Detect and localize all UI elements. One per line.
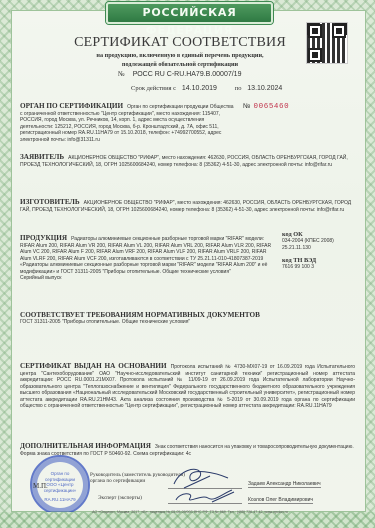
tnved-code-value: 7616 99 100 3 <box>282 264 357 271</box>
ok-code-line-2: 25.21.11.130 <box>282 245 357 252</box>
certificate-number: №РОСС RU C-RU.HA79.B.00007/19 <box>118 70 241 78</box>
expert-signature-icon <box>172 488 238 508</box>
section-product: ПРОДУКЦИЯРадиаторы алюминиевые секционны… <box>20 235 272 282</box>
validity-from-date: 14.10.2019 <box>182 85 217 92</box>
section-applicant: ЗАЯВИТЕЛЬАКЦИОНЕРНОЕ ОБЩЕСТВО "РИФАР", м… <box>20 154 355 168</box>
serial-label: № <box>243 103 251 110</box>
section-heading: ПРОДУКЦИЯ <box>20 234 67 242</box>
section-text: ГОСТ 31311-2005 "Приборы отопительные. О… <box>20 319 355 326</box>
tnved-code-heading: код ТН ВЭД <box>282 257 357 264</box>
expert-role: Эксперт (эксперты) <box>98 495 142 501</box>
section-manufacturer: ИЗГОТОВИТЕЛЬАКЦИОНЕРНОЕ ОБЩЕСТВО "РИФАР"… <box>20 199 355 213</box>
seal-place-label: М.П. <box>33 482 48 490</box>
section-heading: СЕРТИФИКАТ ВЫДАН НА ОСНОВАНИИ <box>20 362 167 370</box>
serial-value: 0065460 <box>254 103 290 111</box>
printer-footer: АО «Опцион», Москва, 2017, «Б», лицензия… <box>80 510 300 514</box>
certificate-page: РОССИЙСКАЯ ФЕДЕРАЦИЯ СЕРТИФИКАТ СООТВЕТС… <box>0 0 375 528</box>
section-conforms: СООТВЕТСТВУЕТ ТРЕБОВАНИЯМ НОРМАТИВНЫХ ДО… <box>20 312 355 325</box>
section-text: Орган по сертификации продукции Общества… <box>20 104 234 143</box>
validity-from-label: Срок действия с <box>131 85 176 92</box>
section-heading: ЗАЯВИТЕЛЬ <box>20 153 64 161</box>
banner-russian-federation: РОССИЙСКАЯ ФЕДЕРАЦИЯ <box>106 2 273 24</box>
subtitle-line-1: на продукцию, включенную в единый перече… <box>60 51 300 60</box>
bottom-border-pattern <box>0 512 375 528</box>
cert-number-value: РОСС RU C-RU.HA79.B.00007/19 <box>133 71 242 78</box>
product-codes: код ОК 034-2004 (КПЕС 2008) 25.21.11.130… <box>282 231 357 271</box>
stamp-ring-text: RA.RU.11HA79 <box>42 497 78 503</box>
cert-number-label: № <box>118 70 125 78</box>
validity-to-date: 13.10.2024 <box>247 85 282 92</box>
certificate-subtitle: на продукцию, включенную в единый перече… <box>60 51 300 69</box>
head-name: Задаев Александр Николаевич <box>248 481 321 488</box>
ok-code-line-1: 034-2004 (КПЕС 2008) <box>282 238 357 245</box>
section-heading: ДОПОЛНИТЕЛЬНАЯ ИНФОРМАЦИЯ <box>20 442 151 450</box>
section-certification-body: ОРГАН ПО СЕРТИФИКАЦИИОрган по сертификац… <box>20 103 235 143</box>
expert-name: Козлов Олег Владимирович <box>248 497 313 504</box>
form-serial-number: №0065460 <box>243 103 289 111</box>
section-basis: СЕРТИФИКАТ ВЫДАН НА ОСНОВАНИИПротокола и… <box>20 363 355 410</box>
qr-code-icon <box>306 22 348 64</box>
certificate-title: СЕРТИФИКАТ СООТВЕТСТВИЯ <box>60 35 300 51</box>
ok-code-heading: код ОК <box>282 231 357 238</box>
subtitle-line-2: подлежащей обязательной сертификации <box>60 60 300 69</box>
section-heading: ИЗГОТОВИТЕЛЬ <box>20 198 80 206</box>
section-text: Радиаторы алюминиевые секционные разборн… <box>20 236 271 275</box>
validity-to-label: по <box>235 85 242 92</box>
product-series: Серийный выпуск <box>20 275 272 282</box>
section-additional-info: ДОПОЛНИТЕЛЬНАЯ ИНФОРМАЦИЯЗнак соответств… <box>20 443 355 457</box>
section-text: Протокола испытаний № 4730-MX07-19 от 16… <box>20 364 355 409</box>
section-text: АКЦИОНЕРНОЕ ОБЩЕСТВО "РИФАР", место нахо… <box>20 155 348 168</box>
section-heading: ОРГАН ПО СЕРТИФИКАЦИИ <box>20 102 123 110</box>
validity-period: Срок действия с 14.10.2019 по 13.10.2024 <box>131 85 298 92</box>
